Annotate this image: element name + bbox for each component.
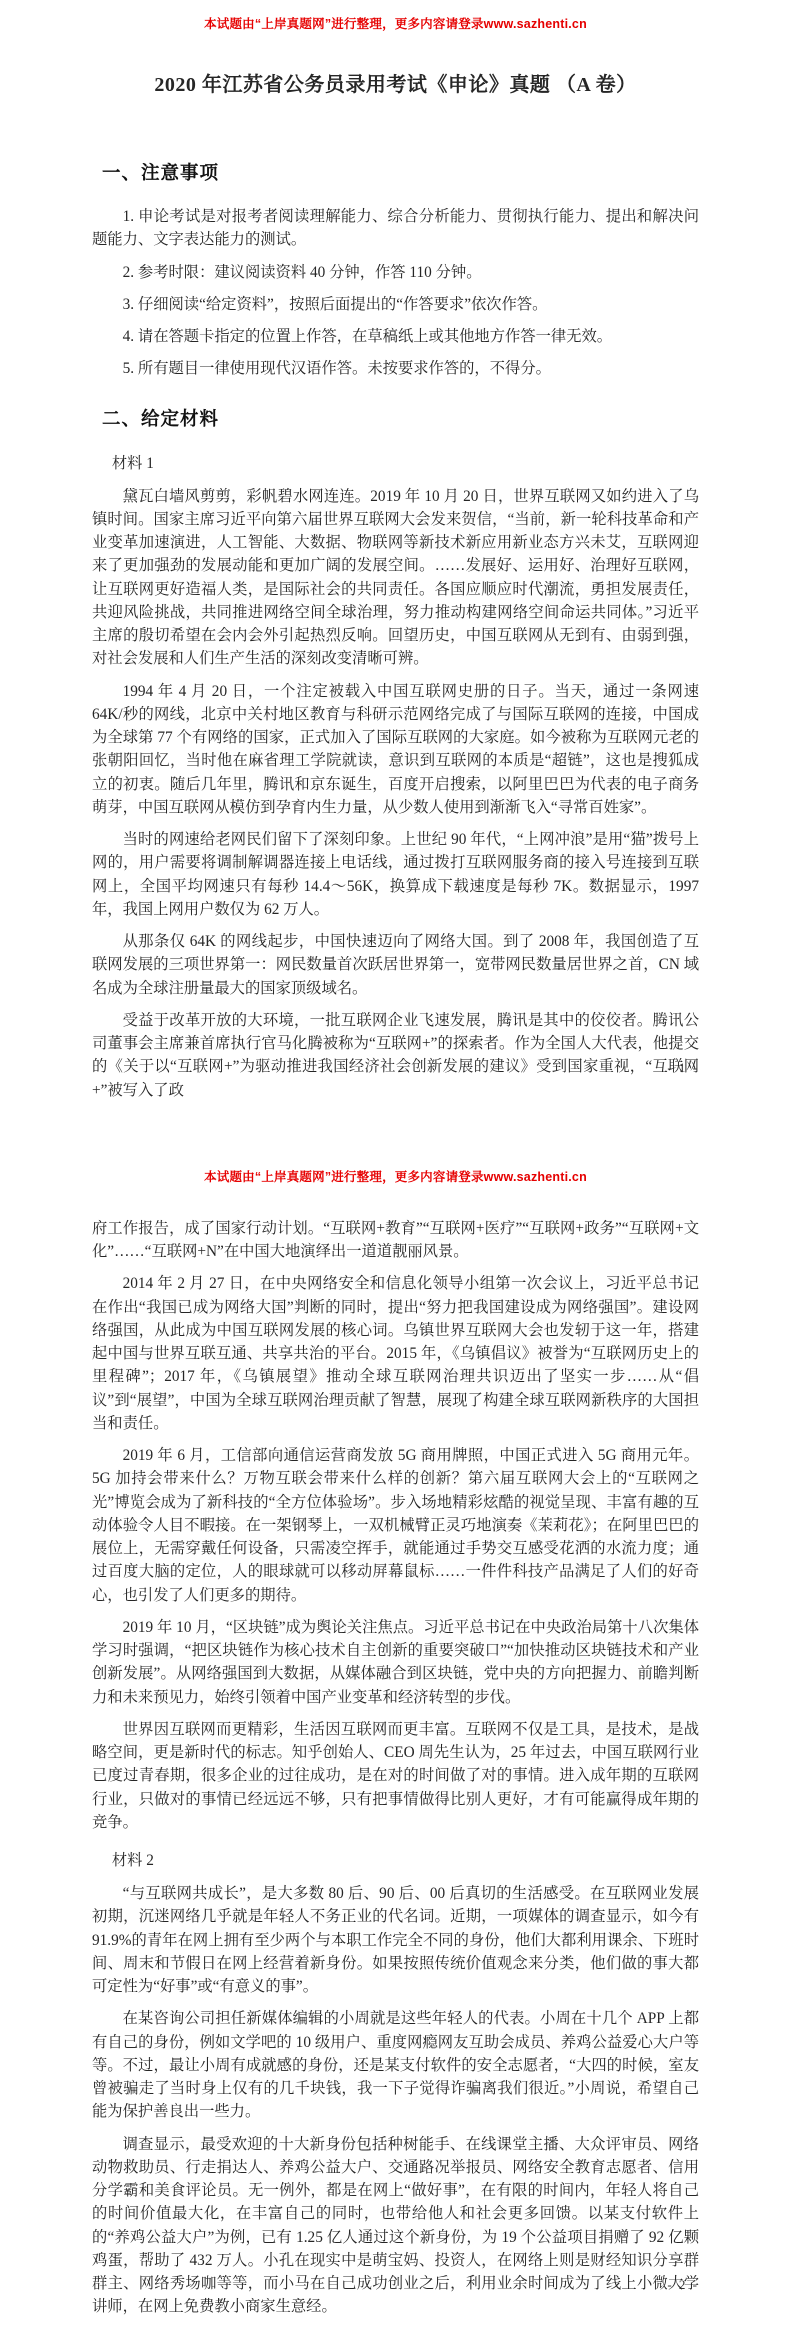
note-item: 4. 请在答题卡指定的位置上作答，在草稿纸上或其他地方作答一律无效。 xyxy=(92,325,699,348)
material-paragraph: 在某咨询公司担任新媒体编辑的小周就是这些年轻人的代表。小周在十几个 APP 上都… xyxy=(92,2007,699,2123)
exam-document: 本试题由“上岸真题网”进行整理，更多内容请登录www.sazhenti.cn 2… xyxy=(0,0,794,2319)
page-1: 本试题由“上岸真题网”进行整理，更多内容请登录www.sazhenti.cn 2… xyxy=(0,0,794,1102)
material-paragraph: 受益于改革开放的大环境，一批互联网企业飞速发展，腾讯是其中的佼佼者。腾讯公司董事… xyxy=(92,1009,699,1102)
page-number: - 1 - xyxy=(667,1060,699,1076)
material-paragraph: “与互联网共成长”，是大多数 80 后、90 后、00 后真切的生活感受。在互联… xyxy=(92,1882,699,1998)
material-2-label: 材料 2 xyxy=(92,1848,699,1870)
material-paragraph: 当时的网速给老网民们留下了深刻印象。上世纪 90 年代，“上网冲浪”是用“猫”拨… xyxy=(92,828,699,921)
material-paragraph: 黛瓦白墙风剪剪，彩帆碧水网连连。2019 年 10 月 20 日，世界互联网又如… xyxy=(92,485,699,671)
material-paragraph: 1994 年 4 月 20 日，一个注定被载入中国互联网史册的日子。当天，通过一… xyxy=(92,680,699,820)
note-item: 2. 参考时限：建议阅读资料 40 分钟，作答 110 分钟。 xyxy=(92,261,699,284)
header-note: 本试题由“上岸真题网”进行整理，更多内容请登录www.sazhenti.cn xyxy=(92,14,699,32)
material-paragraph: 世界因互联网而更精彩，生活因互联网而更丰富。互联网不仅是工具，是技术，是战略空间… xyxy=(92,1718,699,1834)
material-1-label: 材料 1 xyxy=(92,451,699,473)
page-number: - 2 - xyxy=(667,2277,699,2293)
material-paragraph: 2014 年 2 月 27 日，在中央网络安全和信息化领导小组第一次会议上，习近… xyxy=(92,1272,699,1435)
section-heading-materials: 二、给定材料 xyxy=(102,405,699,431)
material-paragraph: 调查显示，最受欢迎的十大新身份包括种树能手、在线课堂主播、大众评审员、网络动物救… xyxy=(92,2133,699,2319)
page-title: 2020 年江苏省公务员录用考试《申论》真题 （A 卷） xyxy=(92,68,699,97)
note-item: 1. 申论考试是对报考者阅读理解能力、综合分析能力、贯彻执行能力、提出和解决问题… xyxy=(92,205,699,252)
material-paragraph: 从那条仅 64K 的网线起步，中国快速迈向了网络大国。到了 2008 年，我国创… xyxy=(92,930,699,1000)
material-paragraph: 2019 年 10 月，“区块链”成为舆论关注焦点。习近平总书记在中央政治局第十… xyxy=(92,1616,699,1709)
header-note: 本试题由“上岸真题网”进行整理，更多内容请登录www.sazhenti.cn xyxy=(92,1167,699,1185)
material-paragraph: 2019 年 6 月，工信部向通信运营商发放 5G 商用牌照，中国正式进入 5G… xyxy=(92,1444,699,1607)
page-2: 本试题由“上岸真题网”进行整理，更多内容请登录www.sazhenti.cn 府… xyxy=(0,1111,794,2319)
note-item: 5. 所有题目一律使用现代汉语作答。未按要求作答的，不得分。 xyxy=(92,357,699,380)
note-item: 3. 仔细阅读“给定资料”，按照后面提出的“作答要求”依次作答。 xyxy=(92,293,699,316)
section-heading-notice: 一、注意事项 xyxy=(102,159,699,185)
material-paragraph-continuation: 府工作报告，成了国家行动计划。“互联网+教育”“互联网+医疗”“互联网+政务”“… xyxy=(92,1217,699,1264)
